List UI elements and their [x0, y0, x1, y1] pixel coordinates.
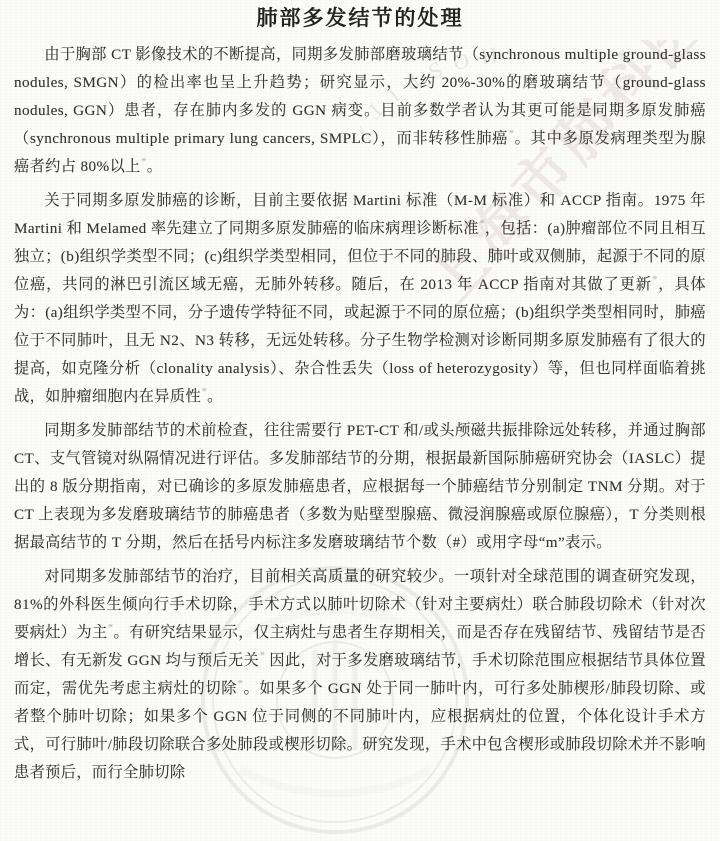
citation-mark: ” [260, 651, 264, 661]
paragraph: 对同期多发肺部结节的治疗，目前相关高质量的研究较少。一项针对全球范围的调查研究发… [14, 563, 706, 787]
document-content: 肺部多发结节的处理 由于胸部 CT 影像技术的不断提高，同期多发肺部磨玻璃结节（… [0, 0, 720, 841]
citation-mark: ” [109, 623, 113, 633]
citation-mark: ” [653, 275, 657, 285]
page-title: 肺部多发结节的处理 [14, 5, 706, 32]
paragraph: 由于胸部 CT 影像技术的不断提高，同期多发肺部磨玻璃结节（synchronou… [14, 41, 706, 181]
paragraph: 关于同期多原发肺癌的诊断，目前主要依据 Martini 标准（M-M 标准）和 … [14, 187, 706, 411]
document-body: 由于胸部 CT 影像技术的不断提高，同期多发肺部磨玻璃结节（synchronou… [14, 41, 706, 787]
citation-mark: ” [202, 387, 206, 397]
paragraph: 同期多发肺部结节的术前检查，往往需要行 PET-CT 和/或头颅磁共振排除远处转… [14, 417, 706, 557]
citation-mark: ” [480, 219, 484, 229]
citation-mark: ” [509, 129, 513, 139]
citation-mark: ” [142, 157, 146, 167]
citation-mark: ” [238, 679, 242, 689]
document-page: 上海市肺科医院 HOSPITAL 肺部多发结节的处理 由于胸部 CT 影像技术的… [0, 0, 720, 841]
